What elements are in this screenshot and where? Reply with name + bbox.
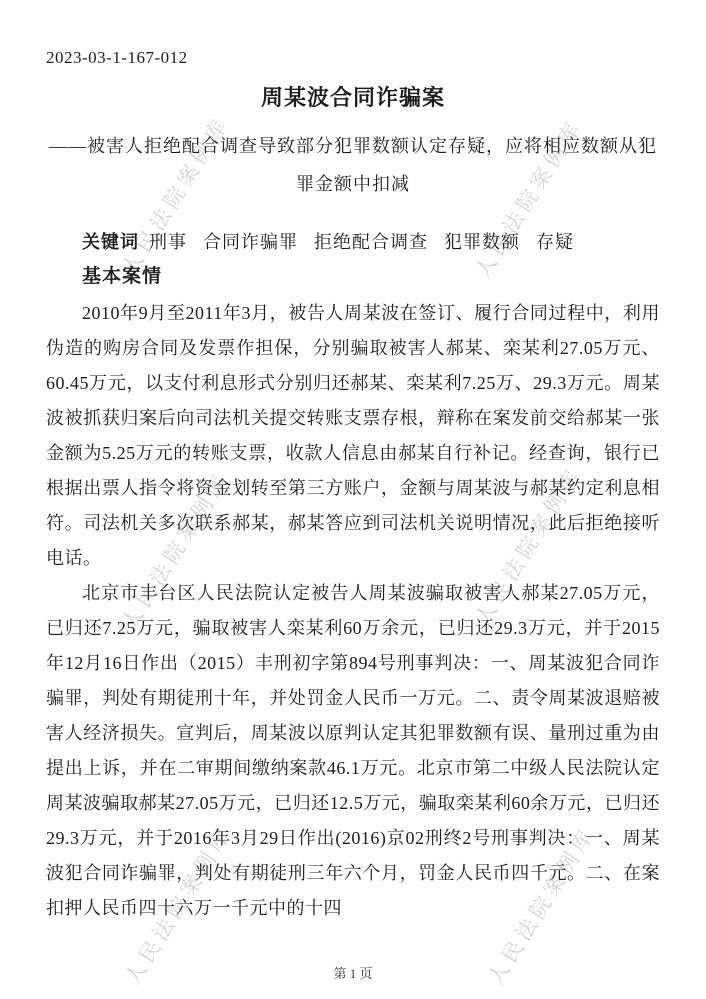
keyword-item: 合同诈骗罪: [203, 232, 298, 252]
case-document-number: 2023-03-1-167-012: [46, 46, 660, 70]
document-page: 人民法院案例库 人民法院案例库 人民法院案例库 人民法院案例库 人民法院案例库 …: [0, 0, 706, 999]
page-number-footer: 第 1 页: [0, 963, 706, 982]
section-heading-basic-facts: 基本案情: [46, 263, 660, 291]
keywords-label: 关键词: [82, 232, 139, 252]
case-title: 周某波合同诈骗案: [46, 84, 660, 112]
keyword-item: 拒绝配合调查: [314, 232, 428, 252]
keyword-item: 刑事: [149, 232, 187, 252]
case-paragraph: 2010年9月至2011年3月，被告人周某波在签订、履行合同过程中，利用伪造的购…: [46, 296, 660, 576]
case-subtitle: ——被害人拒绝配合调查导致部分犯罪数额认定存疑，应将相应数额从犯罪金额中扣减: [46, 127, 660, 203]
keyword-item: 犯罪数额: [444, 232, 520, 252]
document-content: 2023-03-1-167-012 周某波合同诈骗案 ——被害人拒绝配合调查导致…: [0, 0, 706, 926]
case-body: 2010年9月至2011年3月，被告人周某波在签订、履行合同过程中，利用伪造的购…: [46, 296, 660, 926]
keywords-line: 关键词刑事合同诈骗罪拒绝配合调查犯罪数额存疑: [46, 229, 660, 255]
keyword-item: 存疑: [536, 232, 574, 252]
case-paragraph: 北京市丰台区人民法院认定被告人周某波骗取被害人郝某27.05万元，已归还7.25…: [46, 576, 660, 926]
